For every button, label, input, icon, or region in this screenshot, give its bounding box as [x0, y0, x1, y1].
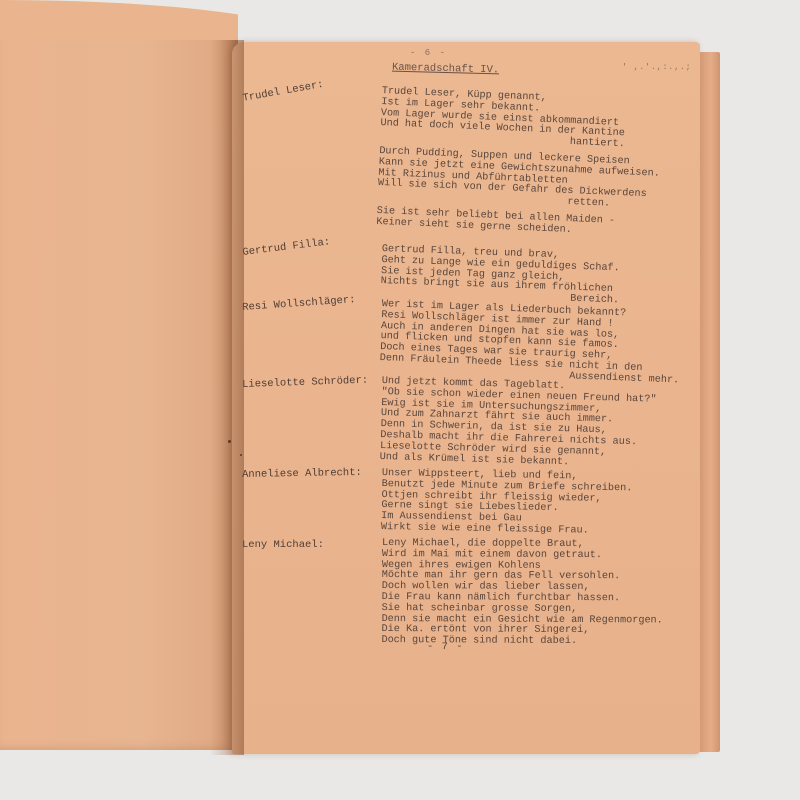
verse: Wer ist im Lager als Liederbuch bekannt?…: [379, 299, 682, 386]
book-gutter-shadow: [210, 40, 244, 755]
entry-name: Anneliese Albrecht:: [242, 468, 362, 481]
entry-name: Gertrud Filla:: [242, 237, 331, 259]
entry-name: Lieselotte Schröder:: [242, 376, 368, 391]
entry-name: Leny Michael:: [242, 540, 324, 551]
right-page: - 6 - ' ,.'.,:.,.; Kameradschaft IV. Tru…: [232, 42, 700, 754]
verse: Leny Michael, die doppelte Braut,Wird im…: [381, 538, 663, 647]
page-content: - 6 - ' ,.'.,:.,.; Kameradschaft IV. Tru…: [232, 42, 700, 754]
entry-name: Resi Wollschläger:: [242, 295, 356, 314]
page-number: - 7 -: [427, 642, 464, 653]
verse-line: Doch gute Töne sind nicht dabei.: [381, 635, 662, 647]
entry-name: Trudel Leser:: [242, 80, 325, 105]
verse: Gertrud Filla, treu und brav,Geht zu Lan…: [380, 244, 621, 306]
left-page: [0, 8, 238, 750]
header-page-mark: - 6 -: [410, 48, 447, 59]
document-title: Kameradschaft IV.: [392, 63, 499, 77]
verse: Trudel Leser, Küpp genannt,Ist im Lager …: [376, 86, 663, 239]
verse: Unser Wippsteert, lieb und fein,Benutzt …: [381, 468, 633, 537]
corner-handwritten-mark: ' ,.'.,:.,.;: [622, 62, 692, 73]
verse-line: Sie hat scheinbar grosse Sorgen,: [382, 603, 663, 615]
verse: Und jetzt kommt das Tageblatt."Ob sie sc…: [380, 376, 657, 470]
